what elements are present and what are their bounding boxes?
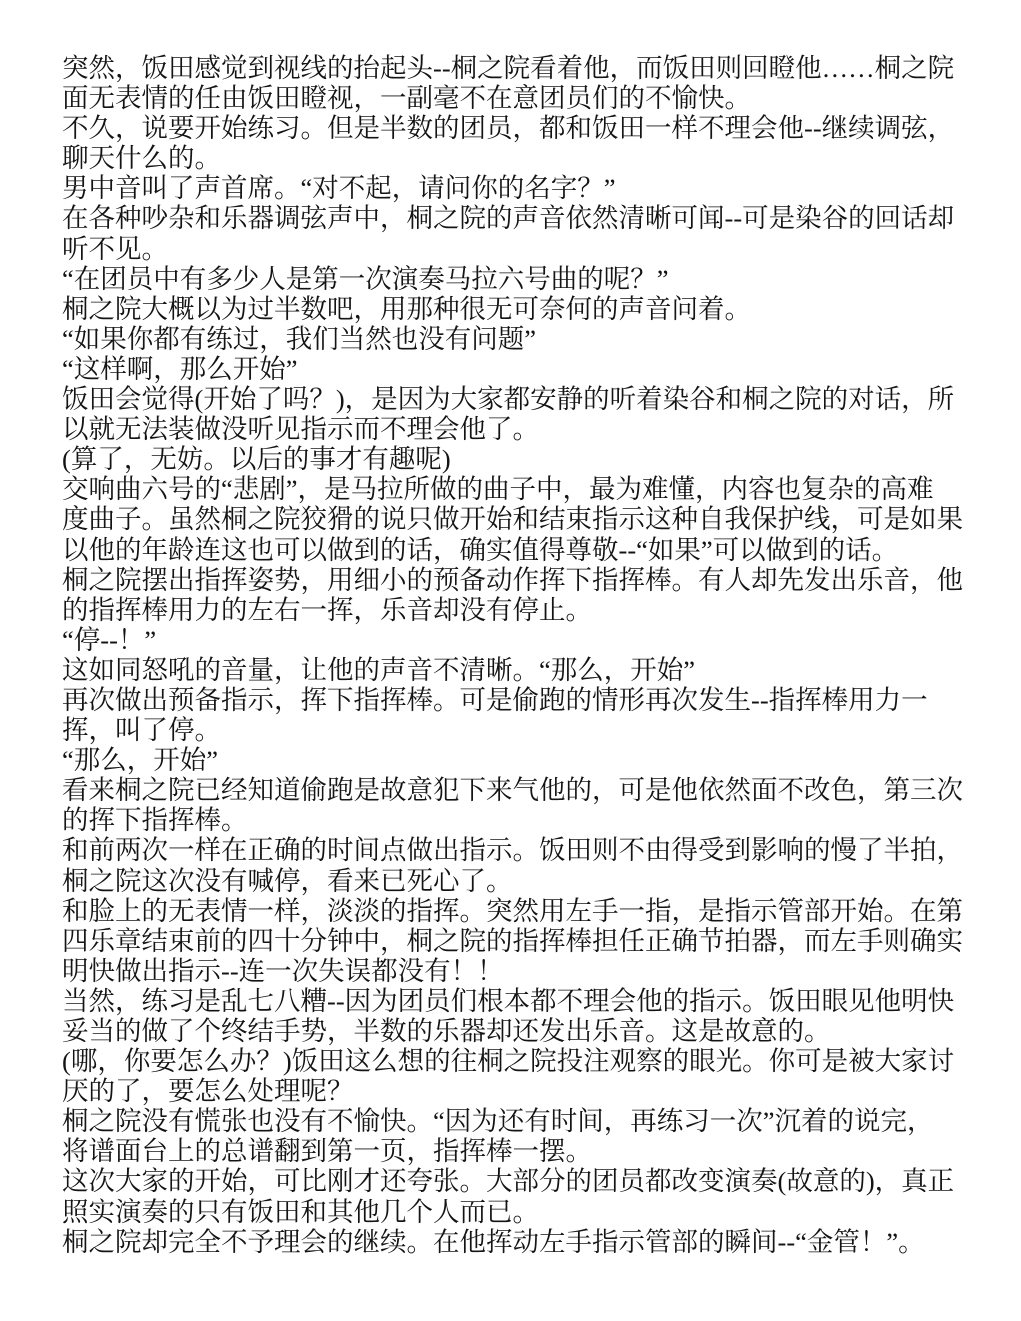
text-page: 突然，饭田感觉到视线的抬起头--桐之院看着他，而饭田则回瞪他……桐之院面无表情的… [0,0,1021,1321]
text-line: 突然，饭田感觉到视线的抬起头--桐之院看着他，而饭田则回瞪他……桐之院 [62,53,992,83]
text-line: 以就无法装做没听见指示而不理会他了。 [62,414,992,444]
text-line: 看来桐之院已经知道偷跑是故意犯下来气他的，可是他依然面不改色，第三次 [62,775,992,805]
text-line: 以他的年龄连这也可以做到的话，确实值得尊敬--“如果”可以做到的话。 [62,535,992,565]
text-line: 照实演奏的只有饭田和其他几个人而已。 [62,1197,992,1227]
text-line: 桐之院却完全不予理会的继续。在他挥动左手指示管部的瞬间--“金管！”。 [62,1227,992,1257]
text-line: “在团员中有多少人是第一次演奏马拉六号曲的呢？” [62,264,992,294]
text-line: 这如同怒吼的音量，让他的声音不清晰。“那么，开始” [62,655,992,685]
text-line: 妥当的做了个终结手势，半数的乐器却还发出乐音。这是故意的。 [62,1016,992,1046]
text-line: 听不见。 [62,234,992,264]
text-line: 桐之院没有慌张也没有不愉快。“因为还有时间，再练习一次”沉着的说完， [62,1106,992,1136]
text-line: 明快做出指示--连一次失误都没有！！ [62,956,992,986]
text-line: “那么，开始” [62,745,992,775]
text-line: 当然，练习是乱七八糟--因为团员们根本都不理会他的指示。饭田眼见他明快 [62,986,992,1016]
text-line: 不久，说要开始练习。但是半数的团员，都和饭田一样不理会他--继续调弦， [62,113,992,143]
text-line: 挥，叫了停。 [62,715,992,745]
text-line: 和前两次一样在正确的时间点做出指示。饭田则不由得受到影响的慢了半拍， [62,835,992,865]
text-line: 度曲子。虽然桐之院狡猾的说只做开始和结束指示这种自我保护线，可是如果 [62,504,992,534]
text-line: 将谱面台上的总谱翻到第一页，指挥棒一摆。 [62,1136,992,1166]
text-line: (哪，你要怎么办？)饭田这么想的往桐之院投注观察的眼光。你可是被大家讨 [62,1046,992,1076]
text-line: “如果你都有练过，我们当然也没有问题” [62,324,992,354]
text-line: “停--！” [62,625,992,655]
text-line: 面无表情的任由饭田瞪视，一副毫不在意团员们的不愉快。 [62,83,992,113]
text-line: “这样啊，那么开始” [62,354,992,384]
text-line: 的指挥棒用力的左右一挥，乐音却没有停止。 [62,595,992,625]
text-line: 饭田会觉得(开始了吗？)，是因为大家都安静的听着染谷和桐之院的对话，所 [62,384,992,414]
text-line: 再次做出预备指示，挥下指挥棒。可是偷跑的情形再次发生--指挥棒用力一 [62,685,992,715]
text-line: 和脸上的无表情一样，淡淡的指挥。突然用左手一指，是指示管部开始。在第 [62,896,992,926]
text-line: 在各种吵杂和乐器调弦声中，桐之院的声音依然清晰可闻--可是染谷的回话却 [62,203,992,233]
text-line: 四乐章结束前的四十分钟中，桐之院的指挥棒担任正确节拍器，而左手则确实 [62,926,992,956]
text-line: 厌的了，要怎么处理呢？ [62,1076,992,1106]
text-line: 聊天什么的。 [62,143,992,173]
text-line: 交响曲六号的“悲剧”，是马拉所做的曲子中，最为难懂，内容也复杂的高难 [62,474,992,504]
text-line: (算了，无妨。以后的事才有趣呢) [62,444,992,474]
text-line: 这次大家的开始，可比刚才还夸张。大部分的团员都改变演奏(故意的)，真正 [62,1166,992,1196]
story-text: 突然，饭田感觉到视线的抬起头--桐之院看着他，而饭田则回瞪他……桐之院面无表情的… [62,53,992,1257]
text-line: 男中音叫了声首席。“对不起，请问你的名字？” [62,173,992,203]
text-line: 的挥下指挥棒。 [62,805,992,835]
text-line: 桐之院摆出指挥姿势，用细小的预备动作挥下指挥棒。有人却先发出乐音，他 [62,565,992,595]
text-line: 桐之院这次没有喊停，看来已死心了。 [62,866,992,896]
text-line: 桐之院大概以为过半数吧，用那种很无可奈何的声音问着。 [62,294,992,324]
